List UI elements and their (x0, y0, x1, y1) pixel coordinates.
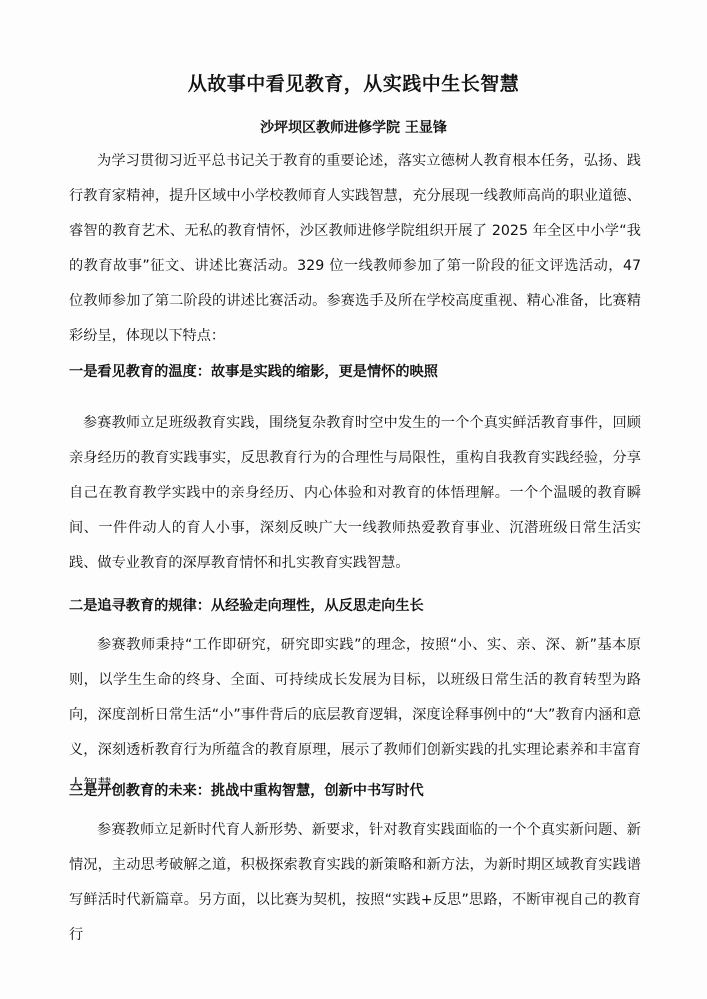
section-paragraph-2: 参赛教师秉持“工作即研究，研究即实践”的理念，按照“小、实、亲、深、新”基本原则… (69, 628, 641, 803)
document-page: 从故事中看见教育，从实践中生长智慧 沙坪坝区教师进修学院 王显锋 为学习贯彻习近… (0, 0, 707, 999)
section-heading-1: 一是看见教育的温度：故事是实践的缩影，更是情怀的映照 (69, 361, 641, 383)
intro-paragraph: 为学习贯彻习近平总书记关于教育的重要论述，落实立德树人教育根本任务，弘扬、践行教… (69, 144, 641, 354)
article-author: 沙坪坝区教师进修学院 王显锋 (0, 118, 707, 138)
section-heading-3: 三是开创教育的未来：挑战中重构智慧，创新中书写时代 (69, 780, 641, 802)
section-heading-2: 二是追寻教育的规律：从经验走向理性，从反思走向生长 (69, 595, 641, 617)
section-paragraph-1: 参赛教师立足班级教育实践，围绕复杂教育时空中发生的一个个真实鲜活教育事件，回顾亲… (69, 406, 641, 581)
article-title: 从故事中看见教育，从实践中生长智慧 (0, 71, 707, 97)
section-paragraph-3: 参赛教师立足新时代育人新形势、新要求，针对教育实践面临的一个个真实新问题、新情况… (69, 813, 641, 953)
